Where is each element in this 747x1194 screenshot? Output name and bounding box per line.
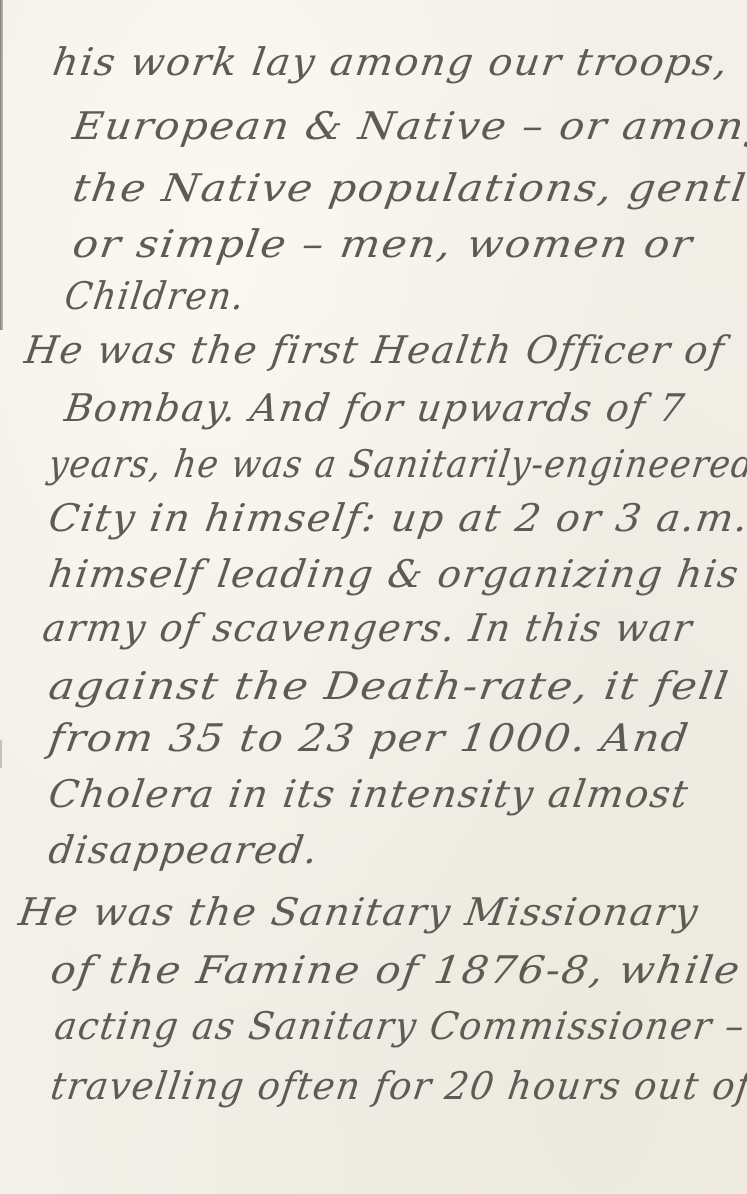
- manuscript-line-13: from 35 to 23 per 1000. And: [46, 716, 692, 760]
- page-edge-shadow: [0, 0, 3, 330]
- manuscript-line-8: years, he was a Sanitarily-engineered: [46, 442, 747, 486]
- manuscript-line-3: the Native populations, gentle: [70, 166, 747, 210]
- manuscript-line-2: European & Native – or among: [70, 104, 747, 148]
- manuscript-line-6: He was the first Health Officer of: [22, 328, 728, 372]
- manuscript-line-18: acting as Sanitary Commissioner –: [52, 1004, 747, 1048]
- manuscript-line-16: He was the Sanitary Missionary: [16, 890, 702, 934]
- manuscript-line-17: of the Famine of 1876-8, while: [48, 948, 744, 992]
- page-edge-mark: [0, 740, 2, 768]
- manuscript-line-5: Children.: [62, 274, 248, 318]
- manuscript-line-9: City in himself: up at 2 or 3 a.m.: [46, 496, 747, 540]
- manuscript-line-19: travelling often for 20 hours out of: [48, 1064, 747, 1108]
- manuscript-line-11: army of scavengers. In this war: [40, 606, 696, 650]
- manuscript-line-7: Bombay. And for upwards of 7: [62, 386, 688, 430]
- manuscript-line-1: his work lay among our troops,: [50, 40, 732, 84]
- manuscript-page: his work lay among our troops, European …: [0, 0, 747, 1194]
- manuscript-line-15: disappeared.: [46, 828, 322, 872]
- manuscript-line-14: Cholera in its intensity almost: [46, 772, 692, 816]
- manuscript-line-4: or simple – men, women or: [70, 222, 696, 266]
- manuscript-line-12: against the Death-rate, it fell: [46, 664, 732, 708]
- manuscript-line-10: himself leading & organizing his: [46, 552, 742, 596]
